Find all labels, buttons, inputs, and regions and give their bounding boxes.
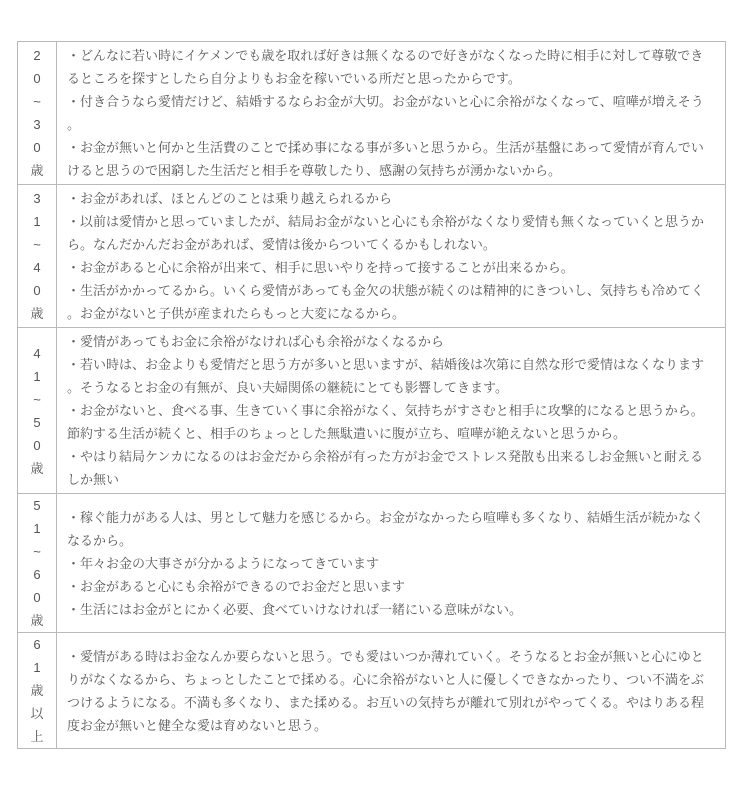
- comment-item: ・稼ぐ能力がある人は、男として魅力を感じるから。お金がなかったら喧嘩も多くなり、…: [67, 506, 715, 552]
- page: 2 0 ~ 3 0 歳 ・どんなに若い時にイケメンでも歳を取れば好きは無くなるの…: [0, 0, 740, 788]
- age-group-label: 4 1 ~ 5 0 歳: [18, 328, 57, 494]
- table-row-61-over: 6 1 歳 以 上 ・愛情がある時はお金なんか要らないと思う。でも愛はいつか薄れ…: [18, 633, 726, 749]
- table-row-51-60: 5 1 ~ 6 0 歳 ・稼ぐ能力がある人は、男として魅力を感じるから。お金がな…: [18, 494, 726, 633]
- comment-item: ・若い時は、お金よりも愛情だと思う方が多いと思いますが、結婚後は次第に自然な形で…: [67, 353, 715, 399]
- comments-cell: ・愛情があってもお金に余裕がなければ心も余裕がなくなるから ・若い時は、お金より…: [57, 328, 726, 494]
- comment-item: ・どんなに若い時にイケメンでも歳を取れば好きは無くなるので好きがなくなった時に相…: [67, 44, 715, 90]
- age-group-comments-table: 2 0 ~ 3 0 歳 ・どんなに若い時にイケメンでも歳を取れば好きは無くなるの…: [17, 41, 726, 749]
- table-row-31-40: 3 1 ~ 4 0 歳 ・お金があれば、ほとんどのことは乗り越えられるから ・以…: [18, 185, 726, 328]
- comments-cell: ・稼ぐ能力がある人は、男として魅力を感じるから。お金がなかったら喧嘩も多くなり、…: [57, 494, 726, 633]
- comments-cell: ・どんなに若い時にイケメンでも歳を取れば好きは無くなるので好きがなくなった時に相…: [57, 42, 726, 185]
- comment-item: ・付き合うなら愛情だけど、結婚するならお金が大切。お金がないと心に余裕がなくなっ…: [67, 90, 715, 136]
- age-group-label: 3 1 ~ 4 0 歳: [18, 185, 57, 328]
- age-group-label: 2 0 ~ 3 0 歳: [18, 42, 57, 185]
- table-row-20-30: 2 0 ~ 3 0 歳 ・どんなに若い時にイケメンでも歳を取れば好きは無くなるの…: [18, 42, 726, 185]
- comment-item: ・お金がないと、食べる事、生きていく事に余裕がなく、気持ちがすさむと相手に攻撃的…: [67, 399, 715, 445]
- age-group-label: 5 1 ~ 6 0 歳: [18, 494, 57, 633]
- comments-cell: ・愛情がある時はお金なんか要らないと思う。でも愛はいつか薄れていく。そうなるとお…: [57, 633, 726, 749]
- age-group-label: 6 1 歳 以 上: [18, 633, 57, 749]
- comment-item: ・以前は愛情かと思っていましたが、結局お金がないと心にも余裕がなくなり愛情も無く…: [67, 210, 715, 256]
- comment-item: ・年々お金の大事さが分かるようになってきています: [67, 552, 715, 575]
- comment-item: ・お金があると心に余裕が出来て、相手に思いやりを持って接することが出来るから。: [67, 256, 715, 279]
- comments-cell: ・お金があれば、ほとんどのことは乗り越えられるから ・以前は愛情かと思っていまし…: [57, 185, 726, 328]
- table-row-41-50: 4 1 ~ 5 0 歳 ・愛情があってもお金に余裕がなければ心も余裕がなくなるか…: [18, 328, 726, 494]
- comment-item: ・愛情がある時はお金なんか要らないと思う。でも愛はいつか薄れていく。そうなるとお…: [67, 645, 715, 737]
- comment-item: ・生活にはお金がとにかく必要、食べていけなければ一緒にいる意味がない。: [67, 598, 715, 621]
- comment-item: ・愛情があってもお金に余裕がなければ心も余裕がなくなるから: [67, 330, 715, 353]
- comment-item: ・やはり結局ケンカになるのはお金だから余裕が有った方がお金でストレス発散も出来る…: [67, 445, 715, 491]
- comment-item: ・生活がかかってるから。いくら愛情があっても金欠の状態が続くのは精神的にきついし…: [67, 279, 715, 325]
- comment-item: ・お金が無いと何かと生活費のことで揉め事になる事が多いと思うから。生活が基盤にあ…: [67, 136, 715, 182]
- comment-item: ・お金があると心にも余裕ができるのでお金だと思います: [67, 575, 715, 598]
- comment-item: ・お金があれば、ほとんどのことは乗り越えられるから: [67, 187, 715, 210]
